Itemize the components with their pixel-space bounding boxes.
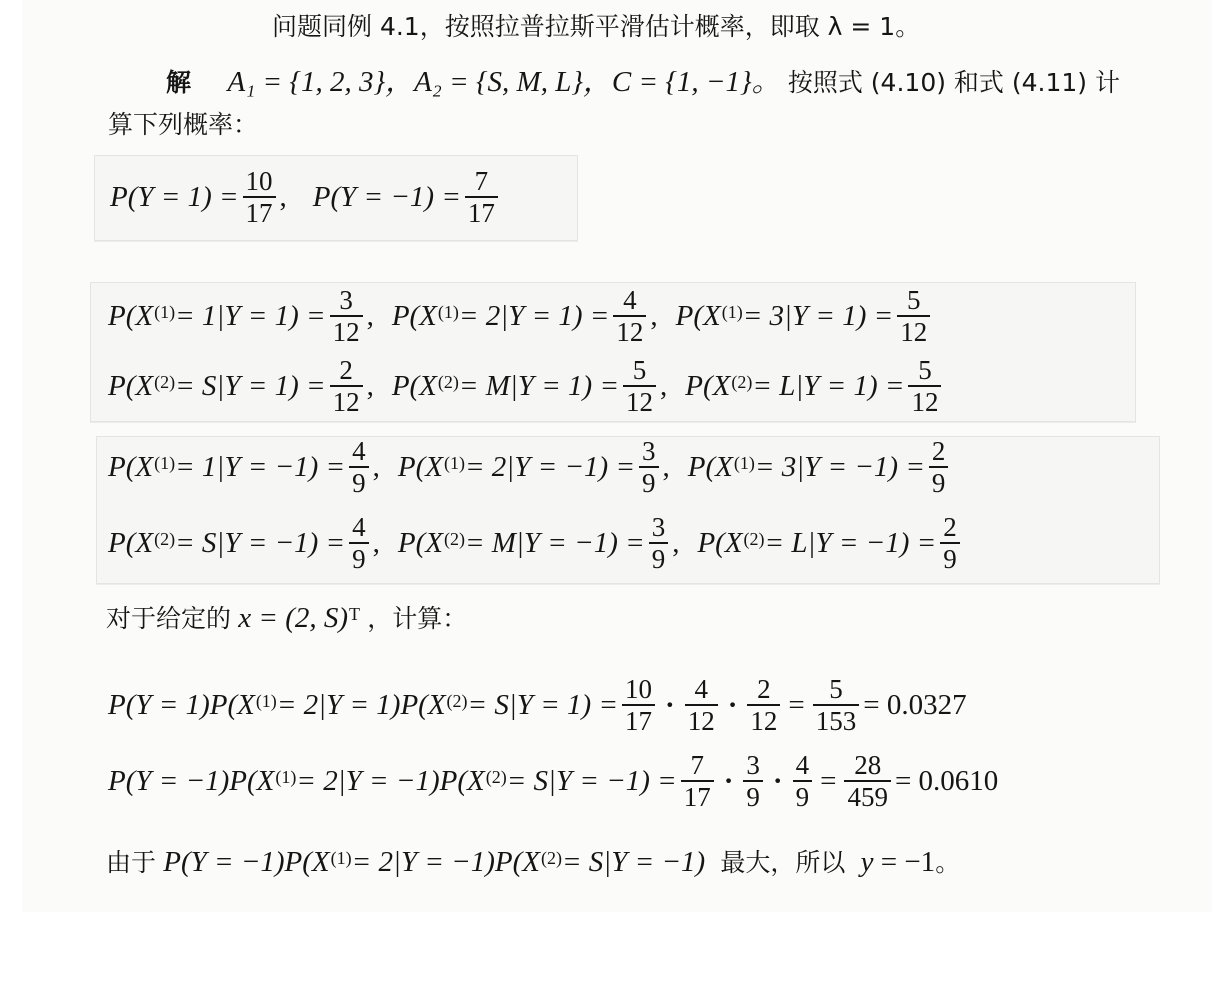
equals: = bbox=[820, 765, 836, 798]
part: P(Y = −1)P(X bbox=[108, 765, 274, 798]
part: = S|Y = 1) = bbox=[468, 689, 618, 722]
denominator: 17 bbox=[681, 780, 714, 812]
separator: , bbox=[373, 527, 380, 560]
numerator: 3 bbox=[743, 750, 763, 780]
calculation-negative: P(Y = −1)P(X(1) = 2|Y = −1)P(X(2) = S|Y … bbox=[108, 746, 998, 816]
lhs-pre: P(X bbox=[108, 451, 153, 484]
solution-intro: 解 A₁ = {1, 2, 3}，A₂ = {S, M, L}，C = {1, … bbox=[166, 64, 1120, 101]
period: 。 bbox=[935, 848, 960, 877]
denominator: 12 bbox=[747, 704, 780, 736]
fraction: 312 bbox=[330, 285, 363, 347]
denominator: 9 bbox=[940, 542, 960, 574]
denominator: 12 bbox=[685, 704, 718, 736]
conditionals-positive-row2: P(X(2) = S|Y = 1) = 212 , P(X(2) = M|Y =… bbox=[108, 354, 945, 418]
part: = 2|Y = 1)P(X bbox=[277, 689, 446, 722]
superscript: (2) bbox=[154, 529, 175, 550]
solution-label: 解 bbox=[166, 68, 191, 97]
conclusion-pre: 由于 bbox=[106, 848, 156, 877]
lhs-post: = M|Y = −1) = bbox=[465, 527, 645, 560]
multiply-dot: · bbox=[773, 765, 783, 798]
fraction: 49 bbox=[793, 750, 813, 812]
denominator: 153 bbox=[813, 704, 860, 736]
numerator: 4 bbox=[691, 674, 711, 704]
numerator: 4 bbox=[349, 436, 369, 466]
numerator: 5 bbox=[630, 355, 650, 385]
denominator: 12 bbox=[623, 385, 656, 417]
numerator: 28 bbox=[851, 750, 884, 780]
superscript: (2) bbox=[541, 840, 562, 876]
calc-neg-factors: 717 · 39 · 49 = 28459 = 0.0610 bbox=[677, 750, 999, 812]
cond-x2-eq-m-given-pos: P(X(2) = M|Y = 1) = 512 , bbox=[392, 355, 669, 417]
solution-intro-cont: 算下列概率： bbox=[108, 106, 258, 143]
conclusion-mid: 最大，所以 bbox=[712, 848, 853, 877]
denominator: 17 bbox=[243, 196, 276, 228]
fraction: 717 bbox=[681, 750, 714, 812]
result-fraction: 5153 bbox=[813, 674, 860, 736]
lhs-pre: P(X bbox=[392, 370, 437, 403]
numerator: 4 bbox=[620, 285, 640, 315]
lhs-post: = S|Y = −1) = bbox=[175, 527, 345, 560]
denominator: 459 bbox=[844, 780, 891, 812]
prior-negative-fraction: 7 17 bbox=[465, 166, 498, 228]
calc-neg-lhs: P(Y = −1)P(X(1) = 2|Y = −1)P(X(2) = S|Y … bbox=[108, 765, 677, 798]
denominator: 12 bbox=[613, 315, 646, 347]
prior-positive: P(Y = 1) = 10 17 , bbox=[110, 166, 289, 228]
separator: , bbox=[280, 181, 287, 214]
denominator: 9 bbox=[743, 780, 763, 812]
lhs-pre: P(X bbox=[398, 451, 443, 484]
fraction: 412 bbox=[613, 285, 646, 347]
superscript: (1) bbox=[275, 767, 296, 788]
lhs-post: = 1|Y = 1) = bbox=[175, 300, 325, 333]
transpose-superscript: T bbox=[349, 596, 360, 632]
denominator: 9 bbox=[649, 542, 669, 574]
numerator: 2 bbox=[754, 674, 774, 704]
prior-negative-lhs: P(Y = −1) = bbox=[313, 181, 461, 214]
denominator: 9 bbox=[349, 542, 369, 574]
given-vector-body: x = (2, S) bbox=[238, 600, 348, 636]
separator: , bbox=[663, 451, 670, 484]
superscript: (1) bbox=[256, 691, 277, 712]
fraction: 512 bbox=[623, 355, 656, 417]
denominator: 17 bbox=[465, 196, 498, 228]
numerator: 3 bbox=[639, 436, 659, 466]
numerator: 4 bbox=[793, 750, 813, 780]
result-value: = −1 bbox=[873, 844, 935, 880]
superscript: (1) bbox=[444, 453, 465, 474]
lhs-post: = 3|Y = −1) = bbox=[755, 451, 925, 484]
lhs-post: = L|Y = −1) = bbox=[765, 527, 937, 560]
fraction: 29 bbox=[929, 436, 949, 498]
denominator: 12 bbox=[330, 315, 363, 347]
part: = S|Y = −1) = bbox=[507, 765, 677, 798]
numerator: 2 bbox=[336, 355, 356, 385]
numerator: 10 bbox=[622, 674, 655, 704]
lhs-pre: P(X bbox=[685, 370, 730, 403]
superscript: (2) bbox=[486, 767, 507, 788]
lhs-pre: P(X bbox=[108, 370, 153, 403]
prior-negative: P(Y = −1) = 7 17 bbox=[313, 166, 502, 228]
solution-formula-ref: 按照式 (4.10) 和式 (4.11) 计 bbox=[788, 68, 1120, 97]
cond-x2-eq-s-given-pos: P(X(2) = S|Y = 1) = 212 , bbox=[108, 355, 376, 417]
separator: , bbox=[650, 300, 657, 333]
numerator: 7 bbox=[688, 750, 708, 780]
fraction: 39 bbox=[649, 512, 669, 574]
fraction: 1017 bbox=[622, 674, 655, 736]
cond-x2-eq-l-given-pos: P(X(2) = L|Y = 1) = 512 bbox=[685, 355, 945, 417]
superscript: (2) bbox=[744, 529, 765, 550]
conditionals-positive-row1: P(X(1) = 1|Y = 1) = 312 , P(X(1) = 2|Y =… bbox=[108, 284, 934, 348]
superscript: (2) bbox=[447, 691, 468, 712]
solution-sets: A₁ = {1, 2, 3}，A₂ = {S, M, L}，C = {1, −1… bbox=[228, 64, 781, 100]
cond-x1-eq-1-given-pos: P(X(1) = 1|Y = 1) = 312 , bbox=[108, 285, 376, 347]
fraction: 49 bbox=[349, 436, 369, 498]
fraction: 512 bbox=[908, 355, 941, 417]
lhs-post: = S|Y = 1) = bbox=[175, 370, 325, 403]
cond-x1-eq-2-given-pos: P(X(1) = 2|Y = 1) = 412 , bbox=[392, 285, 660, 347]
numerator: 2 bbox=[929, 436, 949, 466]
numerator: 7 bbox=[472, 166, 492, 196]
numerator: 3 bbox=[649, 512, 669, 542]
denominator: 12 bbox=[330, 385, 363, 417]
lhs-post: = 1|Y = −1) = bbox=[175, 451, 345, 484]
cond-x1-eq-3-given-pos: P(X(1) = 3|Y = 1) = 512 bbox=[676, 285, 935, 347]
conclusion-line: 由于 P(Y = −1)P(X(1) = 2|Y = −1)P(X(2) = S… bbox=[106, 844, 960, 881]
lhs-post: = 2|Y = −1) = bbox=[465, 451, 635, 484]
calc-pos-lhs: P(Y = 1)P(X(1) = 2|Y = 1)P(X(2) = S|Y = … bbox=[108, 689, 618, 722]
separator: , bbox=[660, 370, 667, 403]
given-text-pre: 对于给定的 bbox=[106, 604, 231, 633]
lhs-post: = M|Y = 1) = bbox=[459, 370, 619, 403]
numerator: 5 bbox=[826, 674, 846, 704]
part: = 2|Y = −1)P(X bbox=[296, 765, 484, 798]
lhs-post: = 3|Y = 1) = bbox=[743, 300, 893, 333]
prior-positive-fraction: 10 17 bbox=[243, 166, 276, 228]
separator: , bbox=[672, 527, 679, 560]
superscript: (2) bbox=[438, 372, 459, 393]
separator: , bbox=[373, 451, 380, 484]
denominator: 12 bbox=[908, 385, 941, 417]
multiply-dot: · bbox=[728, 689, 738, 722]
numerator: 5 bbox=[915, 355, 935, 385]
part: = 2|Y = −1)P(X bbox=[352, 844, 540, 880]
numerator: 5 bbox=[904, 285, 924, 315]
fraction: 212 bbox=[747, 674, 780, 736]
lhs-pre: P(X bbox=[392, 300, 437, 333]
lhs-post: = L|Y = 1) = bbox=[752, 370, 904, 403]
conclusion-expression: P(Y = −1)P(X(1) = 2|Y = −1)P(X(2) = S|Y … bbox=[163, 844, 705, 880]
superscript: (2) bbox=[731, 372, 752, 393]
cond-x1-eq-3-given-neg: P(X(1) = 3|Y = −1) = 29 bbox=[688, 436, 953, 498]
fraction: 39 bbox=[743, 750, 763, 812]
superscript: (2) bbox=[154, 372, 175, 393]
cond-x2-eq-m-given-neg: P(X(2) = M|Y = −1) = 39 , bbox=[398, 512, 682, 574]
solution-intro-cont-text: 算下列概率： bbox=[108, 110, 258, 139]
part: = S|Y = −1) bbox=[562, 844, 705, 880]
denominator: 12 bbox=[897, 315, 930, 347]
fraction: 29 bbox=[940, 512, 960, 574]
separator: , bbox=[367, 370, 374, 403]
fraction: 212 bbox=[330, 355, 363, 417]
superscript: (2) bbox=[444, 529, 465, 550]
part: P(Y = 1)P(X bbox=[108, 689, 255, 722]
lhs-pre: P(X bbox=[108, 527, 153, 560]
cond-x1-eq-2-given-neg: P(X(1) = 2|Y = −1) = 39 , bbox=[398, 436, 672, 498]
numerator: 2 bbox=[940, 512, 960, 542]
numerator: 4 bbox=[349, 512, 369, 542]
given-vector: x = (2, S)T bbox=[238, 600, 360, 636]
lhs-pre: P(X bbox=[676, 300, 721, 333]
lhs-pre: P(X bbox=[697, 527, 742, 560]
problem-statement-text: 问题同例 4.1，按照拉普拉斯平滑估计概率，即取 λ = 1。 bbox=[272, 12, 920, 41]
superscript: (1) bbox=[331, 840, 352, 876]
fraction: 412 bbox=[685, 674, 718, 736]
denominator: 9 bbox=[639, 466, 659, 498]
decimal-result: = 0.0610 bbox=[895, 765, 998, 798]
fraction: 39 bbox=[639, 436, 659, 498]
decimal-result: = 0.0327 bbox=[863, 689, 966, 722]
prior-positive-lhs: P(Y = 1) = bbox=[110, 181, 239, 214]
superscript: (1) bbox=[438, 302, 459, 323]
fraction: 49 bbox=[349, 512, 369, 574]
given-text-post: ，计算： bbox=[367, 604, 467, 633]
denominator: 9 bbox=[929, 466, 949, 498]
superscript: (1) bbox=[734, 453, 755, 474]
problem-statement: 问题同例 4.1，按照拉普拉斯平滑估计概率，即取 λ = 1。 bbox=[272, 8, 920, 45]
multiply-dot: · bbox=[724, 765, 734, 798]
document-page: 问题同例 4.1，按照拉普拉斯平滑估计概率，即取 λ = 1。 解 A₁ = {… bbox=[0, 0, 1226, 983]
conditionals-negative-row2: P(X(2) = S|Y = −1) = 49 , P(X(2) = M|Y =… bbox=[108, 510, 964, 576]
superscript: (1) bbox=[154, 453, 175, 474]
superscript: (1) bbox=[722, 302, 743, 323]
numerator: 3 bbox=[336, 285, 356, 315]
numerator: 10 bbox=[243, 166, 276, 196]
result-fraction: 28459 bbox=[844, 750, 891, 812]
superscript: (1) bbox=[154, 302, 175, 323]
multiply-dot: · bbox=[665, 689, 675, 722]
fraction: 512 bbox=[897, 285, 930, 347]
denominator: 9 bbox=[349, 466, 369, 498]
calculation-positive: P(Y = 1)P(X(1) = 2|Y = 1)P(X(2) = S|Y = … bbox=[108, 670, 967, 740]
equals: = bbox=[788, 689, 804, 722]
denominator: 9 bbox=[793, 780, 813, 812]
lhs-post: = 2|Y = 1) = bbox=[459, 300, 609, 333]
calc-pos-factors: 1017 · 412 · 212 = 5153 = 0.0327 bbox=[618, 674, 967, 736]
part: P(Y = −1)P(X bbox=[163, 844, 329, 880]
cond-x1-eq-1-given-neg: P(X(1) = 1|Y = −1) = 49 , bbox=[108, 436, 382, 498]
lhs-pre: P(X bbox=[688, 451, 733, 484]
separator: , bbox=[367, 300, 374, 333]
priors-equations: P(Y = 1) = 10 17 , P(Y = −1) = 7 17 bbox=[110, 163, 502, 231]
cond-x2-eq-l-given-neg: P(X(2) = L|Y = −1) = 29 bbox=[697, 512, 963, 574]
lhs-pre: P(X bbox=[398, 527, 443, 560]
var: y bbox=[861, 844, 874, 880]
conditionals-negative-row1: P(X(1) = 1|Y = −1) = 49 , P(X(1) = 2|Y =… bbox=[108, 434, 952, 500]
given-input-line: 对于给定的 x = (2, S)T ，计算： bbox=[106, 600, 467, 637]
denominator: 17 bbox=[622, 704, 655, 736]
lhs-pre: P(X bbox=[108, 300, 153, 333]
cond-x2-eq-s-given-neg: P(X(2) = S|Y = −1) = 49 , bbox=[108, 512, 382, 574]
conclusion-result: y = −1 bbox=[861, 844, 936, 880]
